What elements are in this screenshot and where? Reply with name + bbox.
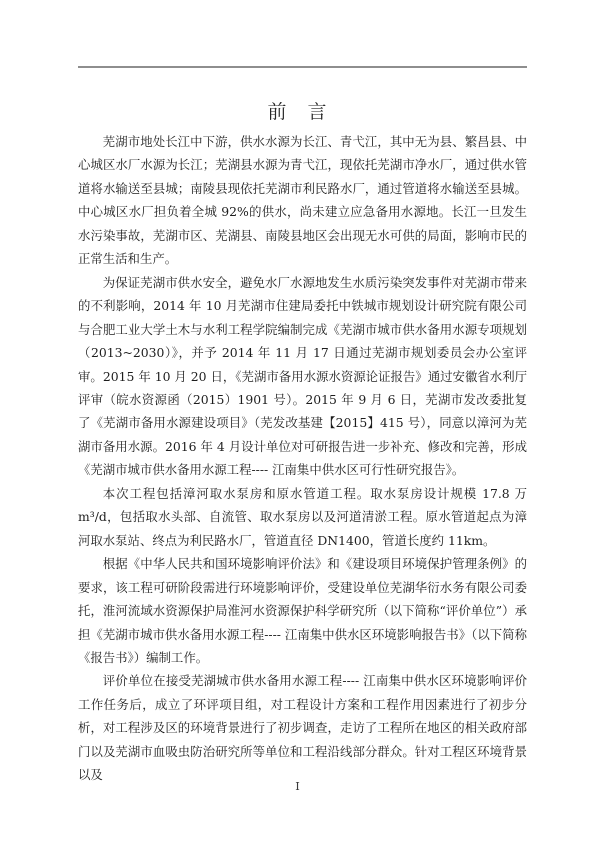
- paragraph: 本次工程包括漳河取水泵房和原水管道工程。取水泵房设计规模 17.8 万 m³/d…: [78, 482, 527, 552]
- paragraph: 评价单位在接受芜湖城市供水备用水源工程---- 江南集中供水区环境影响评价工作任…: [78, 669, 527, 786]
- paragraph: 为保证芜湖市供水安全，避免水厂水源地发生水质污染突发事件对芜湖市带来的不利影响，…: [78, 271, 527, 482]
- document-page: 前 言 芜湖市地处长江中下游，供水水源为长江、青弋江，其中无为县、繁昌县、中心城…: [0, 0, 595, 842]
- paragraph: 根据《中华人民共和国环境影响评价法》和《建设项目环境保护管理条例》的要求，该工程…: [78, 552, 527, 669]
- header-rule: [78, 66, 527, 68]
- preface-body: 芜湖市地处长江中下游，供水水源为长江、青弋江，其中无为县、繁昌县、中心城区水厂水…: [78, 130, 527, 787]
- paragraph: 芜湖市地处长江中下游，供水水源为长江、青弋江，其中无为县、繁昌县、中心城区水厂水…: [78, 130, 527, 271]
- page-title: 前 言: [0, 97, 595, 124]
- page-number: I: [0, 779, 595, 793]
